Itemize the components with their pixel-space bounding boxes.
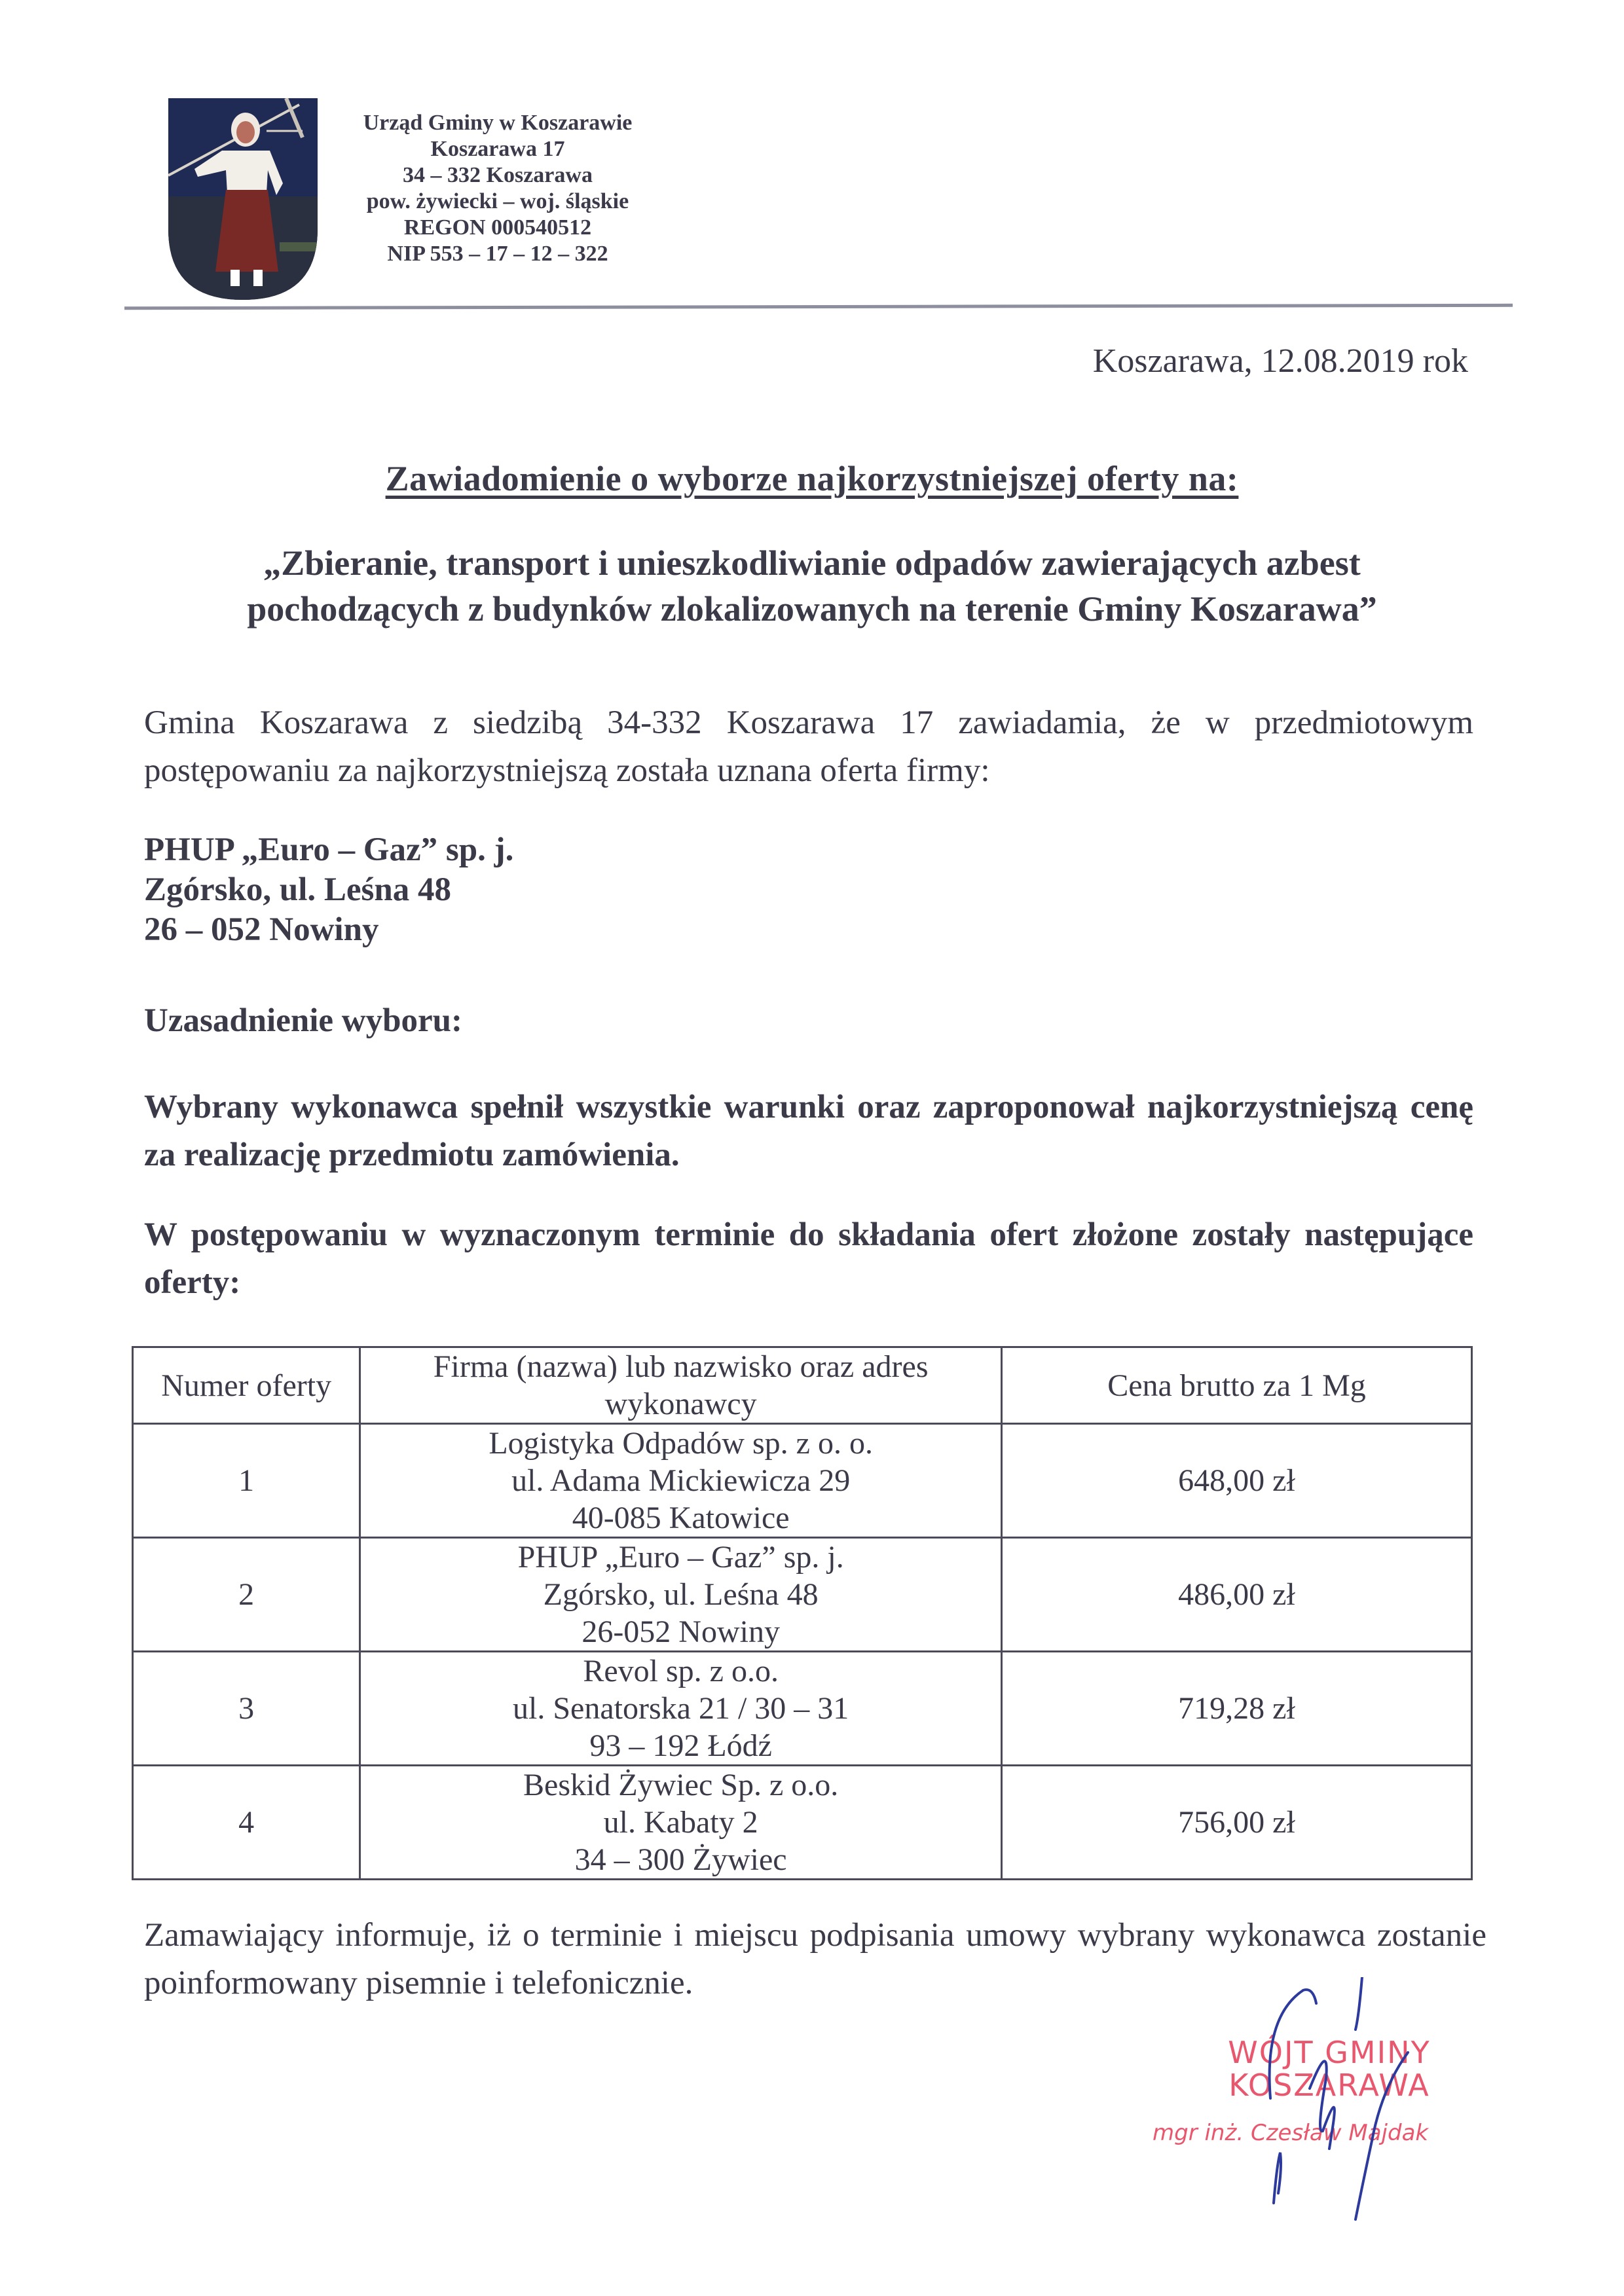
offer-price: 719,28 zł <box>1002 1652 1472 1766</box>
office-postal-code: 34 – 332 Koszarawa <box>327 162 668 189</box>
office-regon: REGON 000540512 <box>327 215 668 241</box>
letterhead: Urząd Gminy w Koszarawie Koszarawa 17 34… <box>327 110 668 267</box>
header-offer-number: Numer oferty <box>133 1347 360 1424</box>
document-title: Zawiadomienie o wyborze najkorzystniejsz… <box>0 458 1624 499</box>
table-row: 2PHUP „Euro – Gaz” sp. j.Zgórsko, ul. Le… <box>133 1538 1472 1652</box>
contractor-line: Beskid Żywiec Sp. z o.o. <box>367 1766 994 1804</box>
contractor-line: 40-085 Katowice <box>367 1499 994 1537</box>
office-region: pow. żywiecki – woj. śląskie <box>327 189 668 215</box>
intro-paragraph: Gmina Koszarawa z siedzibą 34-332 Koszar… <box>144 699 1473 795</box>
coat-of-arms-icon <box>168 98 318 300</box>
offer-price: 648,00 zł <box>1002 1424 1472 1538</box>
offer-price: 756,00 zł <box>1002 1766 1472 1880</box>
contractor-cell: Beskid Żywiec Sp. z o.o.ul. Kabaty 234 –… <box>360 1766 1002 1880</box>
contractor-cell: PHUP „Euro – Gaz” sp. j.Zgórsko, ul. Leś… <box>360 1538 1002 1652</box>
offers-intro: W postępowaniu w wyznaczonym terminie do… <box>144 1211 1473 1307</box>
justification-label: Uzasadnienie wyboru: <box>144 1002 462 1040</box>
offer-number: 1 <box>133 1424 360 1538</box>
procurement-subject: „Zbieranie, transport i unieszkodliwiani… <box>131 540 1493 632</box>
table-row: 3Revol sp. z o.o.ul. Senatorska 21 / 30 … <box>133 1652 1472 1766</box>
contractor-line: ul. Adama Mickiewicza 29 <box>367 1462 994 1499</box>
header-divider <box>124 304 1513 310</box>
header-price: Cena brutto za 1 Mg <box>1002 1347 1472 1424</box>
contractor-line: Revol sp. z o.o. <box>367 1652 994 1690</box>
winner-name: PHUP „Euro – Gaz” sp. j. <box>144 830 513 870</box>
contractor-line: ul. Senatorska 21 / 30 – 31 <box>367 1690 994 1727</box>
justification-text: Wybrany wykonawca spełnił wszystkie waru… <box>144 1084 1473 1179</box>
office-address: Koszarawa 17 <box>327 136 668 162</box>
table-row: 1Logistyka Odpadów sp. z o. o.ul. Adama … <box>133 1424 1472 1538</box>
table-row: 4Beskid Żywiec Sp. z o.o.ul. Kabaty 234 … <box>133 1766 1472 1880</box>
contractor-line: 93 – 192 Łódź <box>367 1727 994 1764</box>
offer-number: 2 <box>133 1538 360 1652</box>
office-nip: NIP 553 – 17 – 12 – 322 <box>327 241 668 267</box>
subject-line-2: pochodzących z budynków zlokalizowanych … <box>131 586 1493 632</box>
header-contractor: Firma (nazwa) lub nazwisko oraz adres wy… <box>360 1347 1002 1424</box>
offer-number: 4 <box>133 1766 360 1880</box>
office-name: Urząd Gminy w Koszarawie <box>327 110 668 136</box>
contractor-line: 34 – 300 Żywiec <box>367 1841 994 1878</box>
contractor-line: 26-052 Nowiny <box>367 1613 994 1650</box>
offer-price: 486,00 zł <box>1002 1538 1472 1652</box>
table-header-row: Numer oferty Firma (nazwa) lub nazwisko … <box>133 1347 1472 1424</box>
offer-number: 3 <box>133 1652 360 1766</box>
contractor-line: Zgórsko, ul. Leśna 48 <box>367 1576 994 1613</box>
handwritten-signature-icon <box>1113 1977 1519 2226</box>
document-date: Koszarawa, 12.08.2019 rok <box>1093 342 1468 380</box>
contractor-cell: Revol sp. z o.o.ul. Senatorska 21 / 30 –… <box>360 1652 1002 1766</box>
winner-address: PHUP „Euro – Gaz” sp. j. Zgórsko, ul. Le… <box>144 830 513 950</box>
contractor-cell: Logistyka Odpadów sp. z o. o.ul. Adama M… <box>360 1424 1002 1538</box>
offers-table: Numer oferty Firma (nazwa) lub nazwisko … <box>132 1346 1473 1880</box>
contractor-line: ul. Kabaty 2 <box>367 1804 994 1841</box>
contractor-line: PHUP „Euro – Gaz” sp. j. <box>367 1539 994 1576</box>
winner-city: 26 – 052 Nowiny <box>144 910 513 950</box>
winner-street: Zgórsko, ul. Leśna 48 <box>144 870 513 910</box>
subject-line-1: „Zbieranie, transport i unieszkodliwiani… <box>131 540 1493 586</box>
contractor-line: Logistyka Odpadów sp. z o. o. <box>367 1425 994 1462</box>
